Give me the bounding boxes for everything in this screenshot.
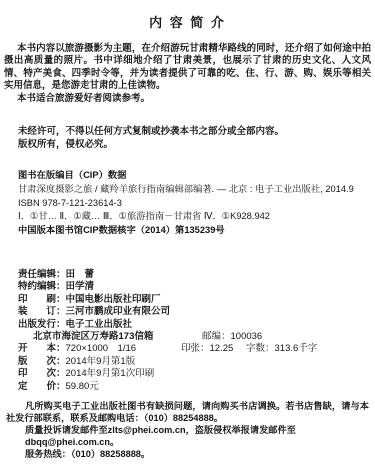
complaint-email-note: 质量投诉请发邮件至zlts@phei.com.cn，盗版侵权举报请发邮件至dbq… (25, 424, 371, 448)
copyright-notice: 未经许可，不得以任何方式复制或抄袭本书之部分或全部内容。 版权所有，侵权必究。 (18, 125, 371, 151)
colophon-row-contributing-editor: 特约编辑： 田学清 (18, 281, 371, 293)
row-label: 装 订： (18, 306, 66, 318)
row-value: 中国电影出版社印刷厂 (66, 294, 161, 306)
postcode: 邮编：100036 (202, 331, 262, 343)
row-label: 出版发行： (18, 319, 66, 331)
colophon-row-format: 开 本： 720×1000 1/16 印张：12.25 字数：313.6千字 (18, 343, 371, 355)
intro-section: 本书内容以旅游摄影为主题，在介绍游玩甘肃精华路线的同时，还介绍了如何途中拍摄出高… (4, 43, 371, 105)
price: 59.80元 (66, 381, 99, 393)
copyright-notice-line-2: 版权所有，侵权必究。 (18, 138, 371, 151)
colophon: 责任编辑： 田 蕾 特约编辑： 田学清 印 刷： 中国电影出版社印刷厂 装 订：… (18, 269, 371, 393)
intro-paragraph: 本书内容以旅游摄影为主题，在介绍游玩甘肃精华路线的同时，还介绍了如何途中拍摄出高… (4, 43, 371, 93)
row-value: 电子工业出版社 (66, 319, 133, 331)
row-label: 版 次： (18, 356, 66, 368)
row-label: 印 次： (18, 368, 66, 380)
printing: 2014年9月第1次印刷 (66, 368, 155, 380)
colophon-row-address: 北京市海淀区万寿路173信箱 邮编：100036 (18, 331, 371, 343)
colophon-row-printer: 印 刷： 中国电影出版社印刷厂 (18, 294, 371, 306)
word-count: 字数：313.6千字 (246, 343, 317, 355)
row-label: 特约编辑： (18, 281, 66, 293)
colophon-row-printing: 印 次： 2014年9月第1次印刷 (18, 368, 371, 380)
service-hotline: 服务热线：（010）88258888。 (25, 448, 371, 460)
row-value: 三河市鹏成印业有限公司 (66, 306, 171, 318)
row-label: 开 本： (18, 343, 66, 355)
cip-isbn: ISBN 978-7-121-23614-3 (18, 197, 371, 211)
colophon-row-binding: 装 订： 三河市鹏成印业有限公司 (18, 306, 371, 318)
colophon-row-edition: 版 次： 2014年9月第1版 (18, 356, 371, 368)
intro-audience-note: 本书适合旅游爱好者阅读参考。 (4, 93, 371, 105)
row-value: 田 蕾 (66, 269, 95, 281)
book-format: 720×1000 1/16 (66, 343, 137, 355)
copyright-notice-line-1: 未经许可，不得以任何方式复制或抄袭本书之部分或全部内容。 (18, 125, 371, 138)
cip-classification: Ⅰ．①甘… Ⅱ．①藏… Ⅲ．①旅游指南－甘肃省 Ⅳ．①K928.942 (18, 210, 371, 224)
publisher-address: 北京市海淀区万寿路173信箱 (33, 331, 153, 343)
edition: 2014年9月第1版 (66, 356, 136, 368)
cip-heading: 图书在版编目（CIP）数据 (18, 169, 371, 183)
colophon-row-price: 定 价： 59.80元 (18, 381, 371, 393)
purchase-service-notes: 凡所购买电子工业出版社图书有缺损问题，请向购买书店调换。若书店售缺，请与本社发行… (6, 400, 371, 460)
cip-record-number: 中国版本图书馆CIP数据核字（2014）第135239号 (18, 224, 371, 238)
book-copyright-page: 内 容 简 介 本书内容以旅游摄影为主题，在介绍游玩甘肃精华路线的同时，还介绍了… (0, 0, 375, 469)
row-label: 印 刷： (18, 294, 66, 306)
cip-data-block: 图书在版编目（CIP）数据 甘肃深度摄影之旅 / 藏羚羊旅行指南编辑部编著. —… (18, 169, 371, 238)
defect-exchange-note: 凡所购买电子工业出版社图书有缺损问题，请向购买书店调换。若书店售缺，请与本社发行… (6, 400, 369, 424)
row-label: 定 价： (18, 381, 66, 393)
printed-sheets: 印张：12.25 (181, 343, 233, 355)
colophon-row-editor: 责任编辑： 田 蕾 (18, 269, 371, 281)
page-title: 内 容 简 介 (4, 12, 371, 31)
cip-entry: 甘肃深度摄影之旅 / 藏羚羊旅行指南编辑部编著. — 北京 : 电子工业出版社,… (18, 183, 371, 197)
colophon-row-publisher: 出版发行： 电子工业出版社 (18, 319, 371, 331)
row-label: 责任编辑： (18, 269, 66, 281)
row-value: 田学清 (66, 281, 95, 293)
